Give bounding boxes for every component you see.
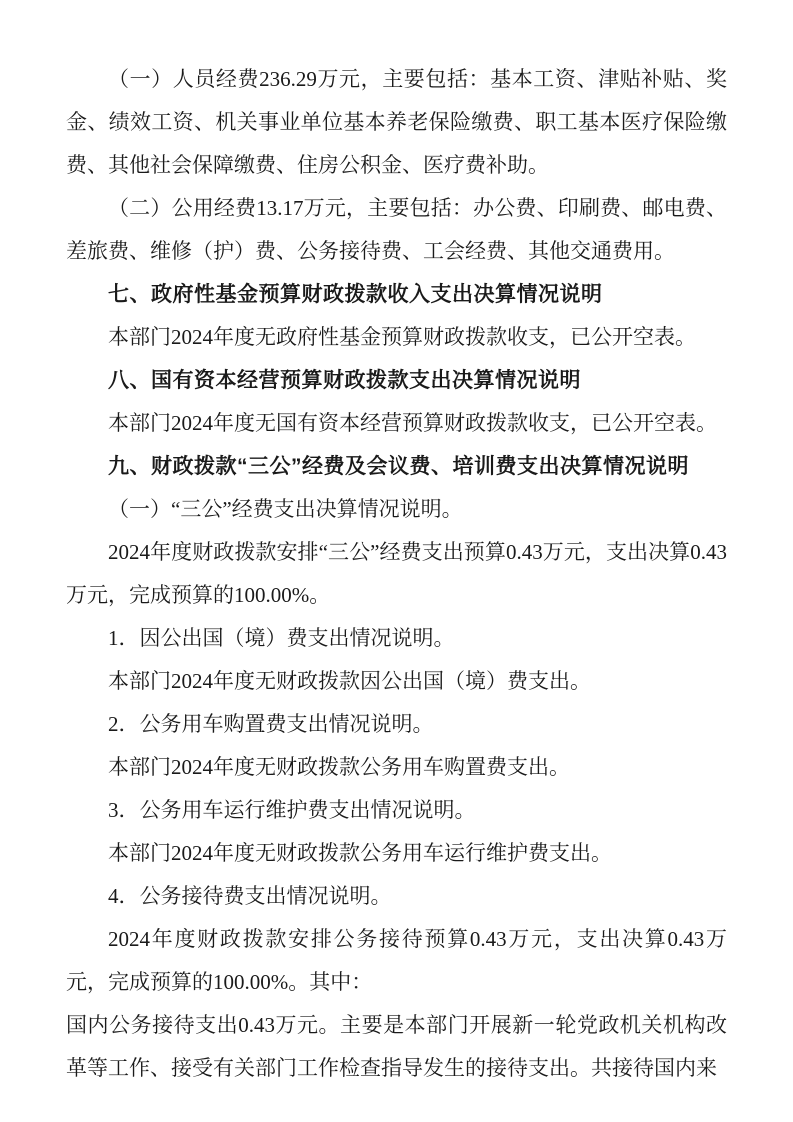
paragraph: 2．公务用车购置费支出情况说明。 [66,703,727,746]
document-page: （一）人员经费236.29万元，主要包括：基本工资、津贴补贴、奖金、绩效工资、机… [0,0,793,1122]
paragraph: 本部门2024年度无国有资本经营预算财政拨款收支，已公开空表。 [66,402,727,445]
document-body: （一）人员经费236.29万元，主要包括：基本工资、津贴补贴、奖金、绩效工资、机… [66,58,727,1090]
paragraph: 本部门2024年度无财政拨款因公出国（境）费支出。 [66,660,727,703]
paragraph: 国内公务接待支出0.43万元。主要是本部门开展新一轮党政机关机构改革等工作、接受… [66,1004,727,1090]
paragraph: 4．公务接待费支出情况说明。 [66,875,727,918]
section-heading: 七、政府性基金预算财政拨款收入支出决算情况说明 [66,273,727,316]
paragraph: （二）公用经费13.17万元，主要包括：办公费、印刷费、邮电费、差旅费、维修（护… [66,187,727,273]
paragraph: 本部门2024年度无财政拨款公务用车运行维护费支出。 [66,832,727,875]
section-heading: 八、国有资本经营预算财政拨款支出决算情况说明 [66,359,727,402]
paragraph: 2024年度财政拨款安排“三公”经费支出预算0.43万元，支出决算0.43万元，… [66,531,727,617]
paragraph: 2024年度财政拨款安排公务接待预算0.43万元，支出决算0.43万元，完成预算… [66,918,727,1004]
section-heading: 九、财政拨款“三公”经费及会议费、培训费支出决算情况说明 [66,445,727,488]
paragraph: （一）“三公”经费支出决算情况说明。 [66,488,727,531]
paragraph: 3．公务用车运行维护费支出情况说明。 [66,789,727,832]
paragraph: 1．因公出国（境）费支出情况说明。 [66,617,727,660]
paragraph: （一）人员经费236.29万元，主要包括：基本工资、津贴补贴、奖金、绩效工资、机… [66,58,727,187]
paragraph: 本部门2024年度无财政拨款公务用车购置费支出。 [66,746,727,789]
paragraph: 本部门2024年度无政府性基金预算财政拨款收支，已公开空表。 [66,316,727,359]
